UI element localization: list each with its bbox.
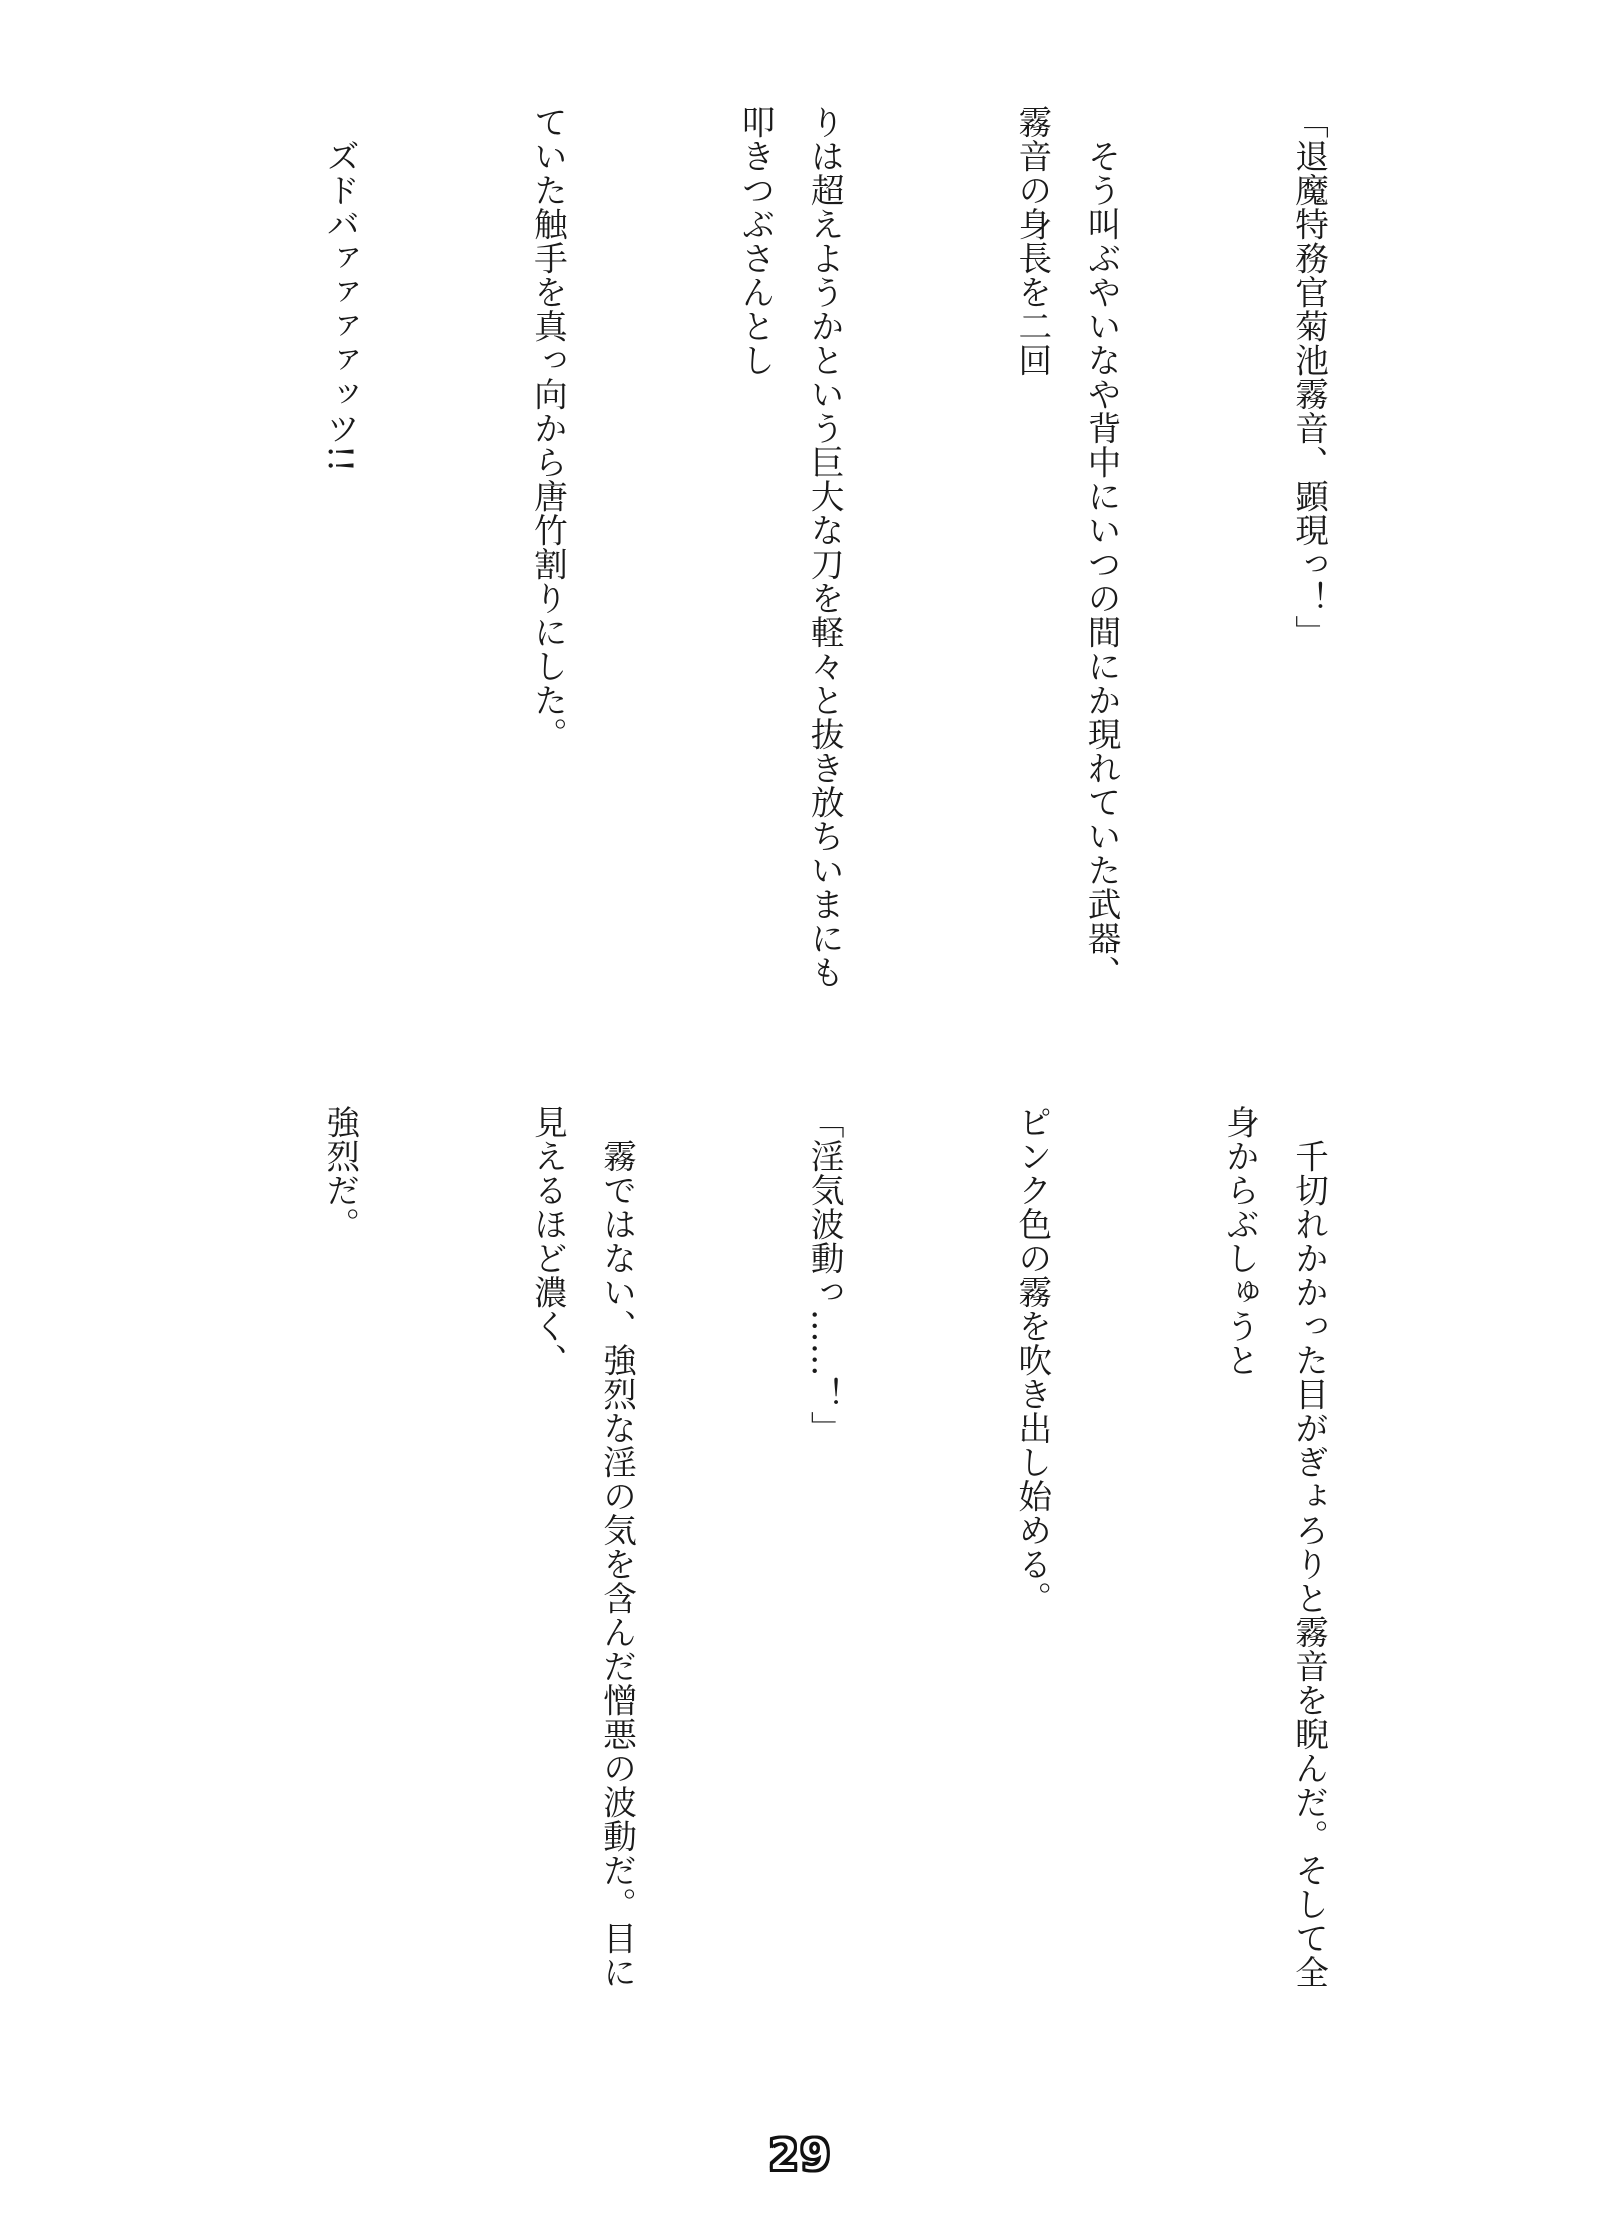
top-text-tier: 「退魔特務官菊池霧音、顕現っ！」 そう叫ぶやいなや背中にいつの間にか現れていた武… — [154, 105, 1482, 1017]
page-number: 29 — [768, 2130, 831, 2181]
text-line: 強烈だ。 — [306, 1105, 375, 2017]
text-line: ピンク色の霧を吹き出し始める。 — [998, 1105, 1067, 2017]
text-line: 千切れかかった目がぎょろりと霧音を睨んだ。そして全身からぶしゅうと — [1205, 1105, 1343, 2017]
text-line: ズドバァァァァッツ!! — [306, 105, 375, 1017]
text-line: 重い音と共に触手が真っ二つに割れ、怪しげな液が噴きだしてくる。 — [154, 105, 167, 1017]
text-line: りは超えようかという巨大な刀を軽々と抜き放ちいまにも叩きつぶさんとし — [721, 105, 859, 1017]
text-line: そう叫ぶやいなや背中にいつの間にか現れていた武器、霧音の身長を二回 — [998, 105, 1136, 1017]
text-line: 霧ではない、強烈な淫の気を含んだ憎悪の波動だ。目に見えるほど濃く、 — [513, 1105, 651, 2017]
text-line: 「ふわぁぁぁぁぁぁぁぁあっっっっっ!!?!」 — [154, 1105, 167, 2017]
text-line: 「淫気波動っ……！」 — [790, 1105, 859, 2017]
text-line: 「退魔特務官菊池霧音、顕現っ！」 — [1274, 105, 1343, 1017]
text-line: ていた触手を真っ向から唐竹割りにした。 — [513, 105, 582, 1017]
bottom-text-tier: 千切れかかった目がぎょろりと霧音を睨んだ。そして全身からぶしゅうと ピンク色の霧… — [154, 1105, 1482, 2017]
